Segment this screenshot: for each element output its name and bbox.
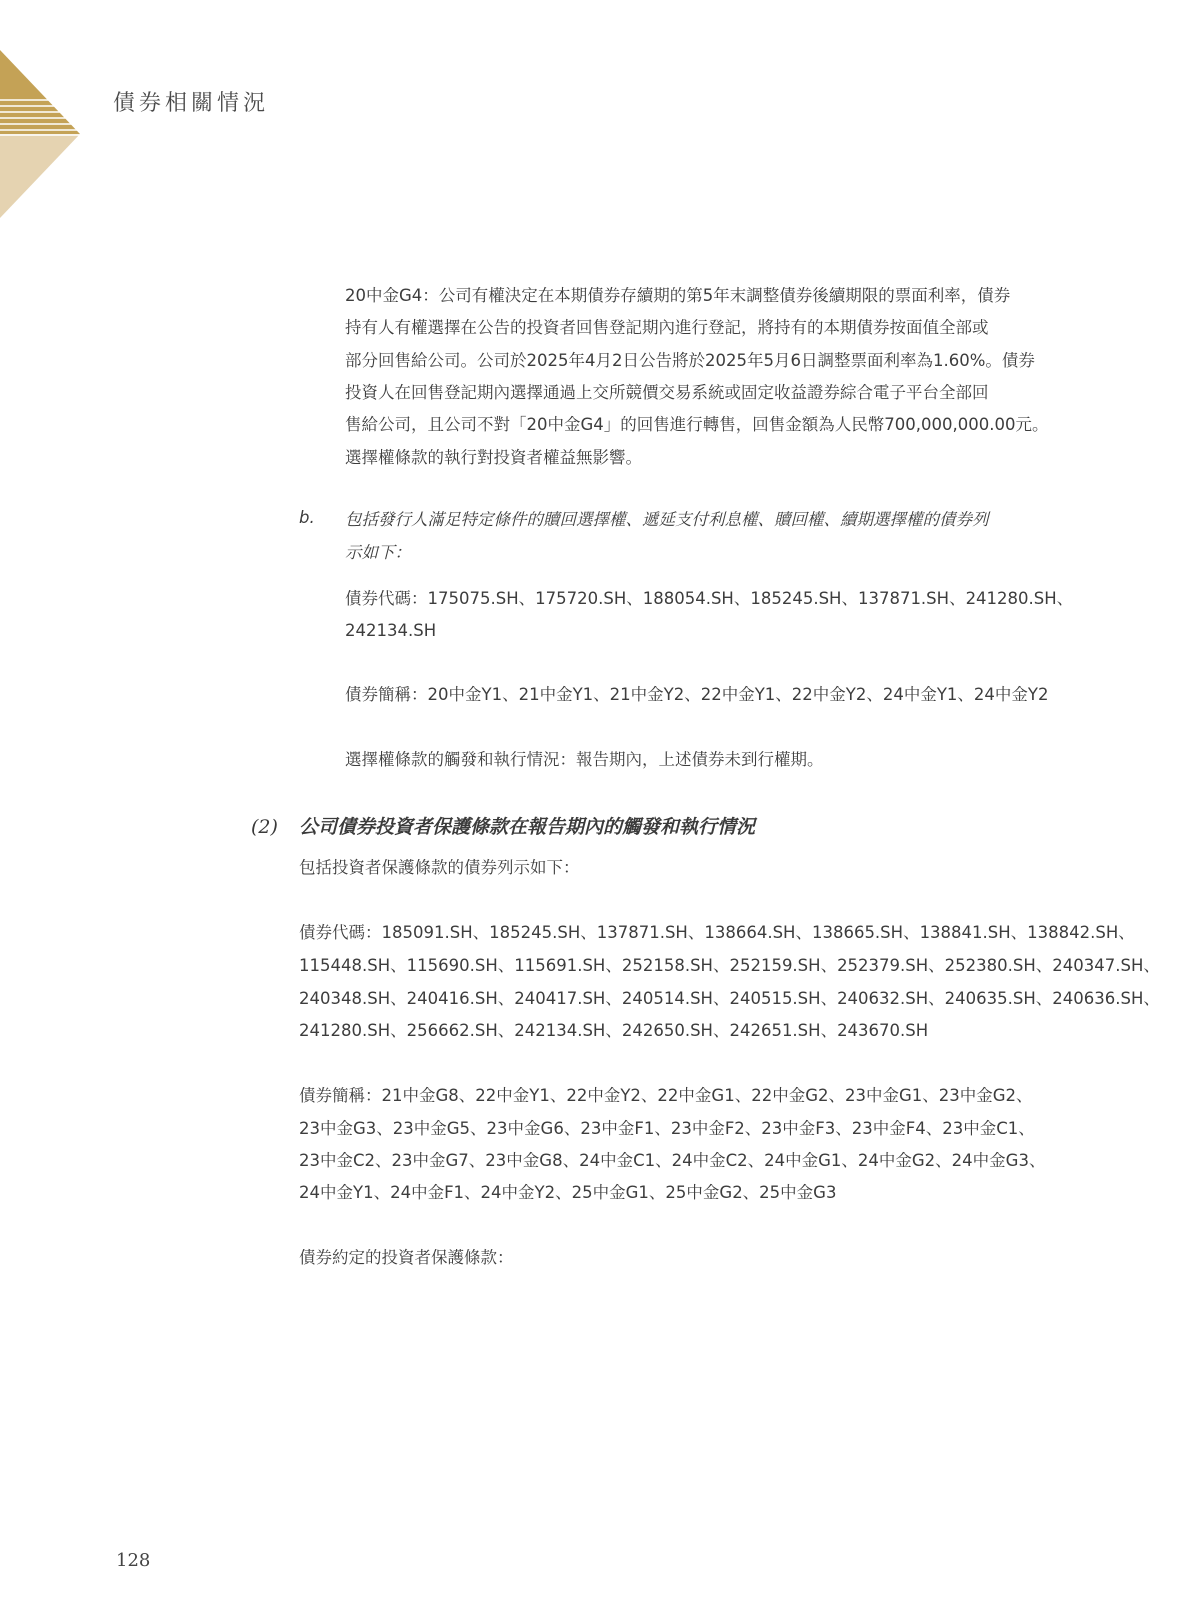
decorative-triangle-icon (0, 50, 82, 218)
section-b-intro-line: 包括發行人滿足特定條件的贖回選擇權、遞延支付利息權、贖回權、續期選擇權的債券列 (345, 508, 989, 532)
bond-codes-line: 242134.SH (345, 619, 436, 643)
section-2-intro: 包括投資者保護條款的債券列示如下： (299, 856, 580, 880)
page-number: 128 (116, 1550, 150, 1571)
paragraph-line: 售給公司，且公司不對「20中金G4」的回售進行轉售，回售金額為人民幣700,00… (345, 413, 1049, 437)
bond-names-line: 23中金C2、23中金G7、23中金G8、24中金C1、24中金C2、24中金G… (299, 1149, 1045, 1173)
paragraph-line: 持有人有權選擇在公告的投資者回售登記期內進行登記，將持有的本期債券按面值全部或 (345, 316, 989, 340)
bond-codes-line: 債券代碼：175075.SH、175720.SH、188054.SH、18524… (345, 587, 1073, 611)
bond-names-line: 24中金Y1、24中金F1、24中金Y2、25中金G1、25中金G2、25中金G… (299, 1181, 836, 1205)
list-label-b: b. (299, 508, 315, 527)
section-title: 公司債券投資者保護條款在報告期內的觸發和執行情況 (299, 816, 755, 838)
paragraph-line: 選擇權條款的執行對投資者權益無影響。 (345, 446, 642, 470)
bond-names-line: 23中金G3、23中金G5、23中金G6、23中金F1、23中金F2、23中金F… (299, 1117, 1035, 1141)
section-number: (2) (251, 816, 299, 838)
page-header-title: 債券相關情況 (113, 86, 269, 117)
option-status-line: 選擇權條款的觸發和執行情況：報告期內，上述債券未到行權期。 (345, 748, 824, 772)
bond-codes-line: 115448.SH、115690.SH、115691.SH、252158.SH、… (299, 954, 1160, 978)
bond-codes-line: 債券代碼：185091.SH、185245.SH、137871.SH、13866… (299, 921, 1135, 945)
protection-clause-label: 債券約定的投資者保護條款： (299, 1246, 514, 1270)
section-2-heading: (2)公司債券投資者保護條款在報告期內的觸發和執行情況 (251, 812, 755, 839)
paragraph-line: 部分回售給公司。公司於2025年4月2日公告將於2025年5月6日調整票面利率為… (345, 349, 1035, 373)
paragraph-line: 20中金G4：公司有權決定在本期債券存續期的第5年末調整債券後續期限的票面利率，… (345, 284, 1119, 308)
bond-codes-line: 240348.SH、240416.SH、240417.SH、240514.SH、… (299, 987, 1160, 1011)
bond-names-line: 債券簡稱：21中金G8、22中金Y1、22中金Y2、22中金G1、22中金G2、… (299, 1084, 1033, 1108)
bond-names-line: 債券簡稱：20中金Y1、21中金Y1、21中金Y2、22中金Y1、22中金Y2、… (345, 683, 1049, 707)
section-b-intro-line: 示如下： (345, 541, 411, 565)
bond-codes-line: 241280.SH、256662.SH、242134.SH、242650.SH、… (299, 1019, 928, 1043)
paragraph-line: 投資人在回售登記期內選擇通過上交所競價交易系統或固定收益證券綜合電子平台全部回 (345, 381, 989, 405)
